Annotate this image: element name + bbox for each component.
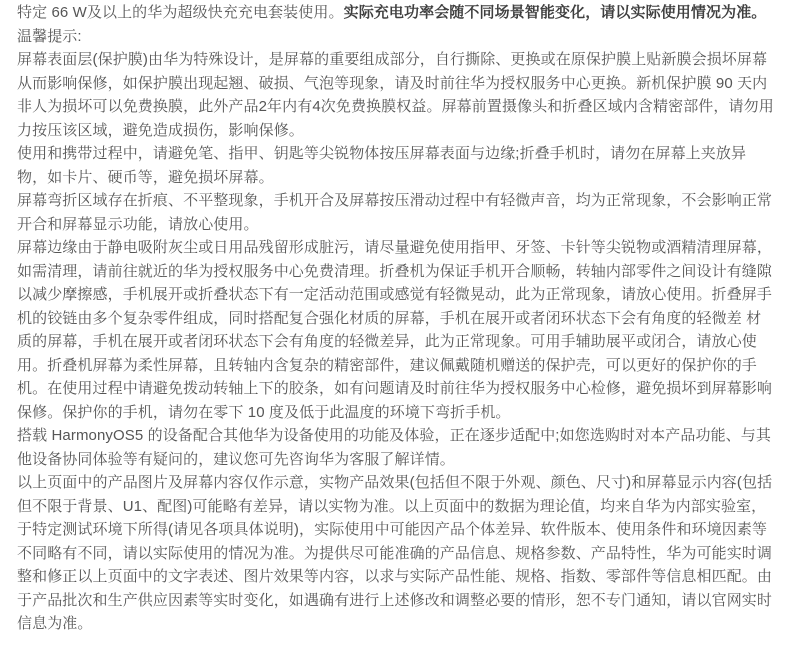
text-segment-bold: 实际充电功率会随不同场景智能变化，请以实际使用情况为准。 — [344, 4, 767, 21]
paragraph: 特定 66 W及以上的华为超级快充充电套装使用。实际充电功率会随不同场景智能变化… — [17, 1, 774, 25]
paragraph: 屏幕弯折区域存在折痕、不平整现象，手机开合及屏幕按压滑动过程中有轻微声音，均为正… — [17, 189, 774, 236]
text-segment: 屏幕边缘由于静电吸附灰尘或日用品残留形成脏污，请尽量避免使用指甲、牙签、卡针等尖… — [17, 239, 772, 421]
paragraph: 以上页面中的产品图片及屏幕内容仅作示意，实物产品效果(包括但不限于外观、颜色、尺… — [17, 471, 774, 636]
paragraph: 搭载 HarmonyOS5 的设备配合其他华为设备使用的功能及体验，正在逐步适配… — [17, 424, 774, 471]
text-segment: 温馨提示: — [17, 28, 82, 45]
text-segment: 屏幕弯折区域存在折痕、不平整现象，手机开合及屏幕按压滑动过程中有轻微声音，均为正… — [17, 192, 772, 233]
paragraph: 使用和携带过程中，请避免笔、指甲、钥匙等尖锐物体按压屏幕表面与边缘;折叠手机时，… — [17, 142, 774, 189]
paragraph: 屏幕表面层(保护膜)由华为特殊设计，是屏幕的重要组成部分，自行撕除、更换或在原保… — [17, 48, 774, 142]
paragraph: 温馨提示: — [17, 25, 774, 49]
disclaimer-paragraphs: 特定 66 W及以上的华为超级快充充电套装使用。实际充电功率会随不同场景智能变化… — [17, 1, 774, 636]
paragraph: 屏幕边缘由于静电吸附灰尘或日用品残留形成脏污，请尽量避免使用指甲、牙签、卡针等尖… — [17, 236, 774, 424]
text-segment: 以上页面中的产品图片及屏幕内容仅作示意，实物产品效果(包括但不限于外观、颜色、尺… — [17, 474, 772, 632]
product-disclaimer-section: 特定 66 W及以上的华为超级快充充电套装使用。实际充电功率会随不同场景智能变化… — [0, 0, 790, 636]
text-segment: 使用和携带过程中，请避免笔、指甲、钥匙等尖锐物体按压屏幕表面与边缘;折叠手机时，… — [17, 145, 746, 186]
text-segment: 搭载 HarmonyOS5 的设备配合其他华为设备使用的功能及体验，正在逐步适配… — [17, 427, 771, 468]
text-segment: 屏幕表面层(保护膜)由华为特殊设计，是屏幕的重要组成部分，自行撕除、更换或在原保… — [17, 51, 774, 139]
text-segment: 特定 66 W及以上的华为超级快充充电套装使用。 — [17, 4, 344, 21]
